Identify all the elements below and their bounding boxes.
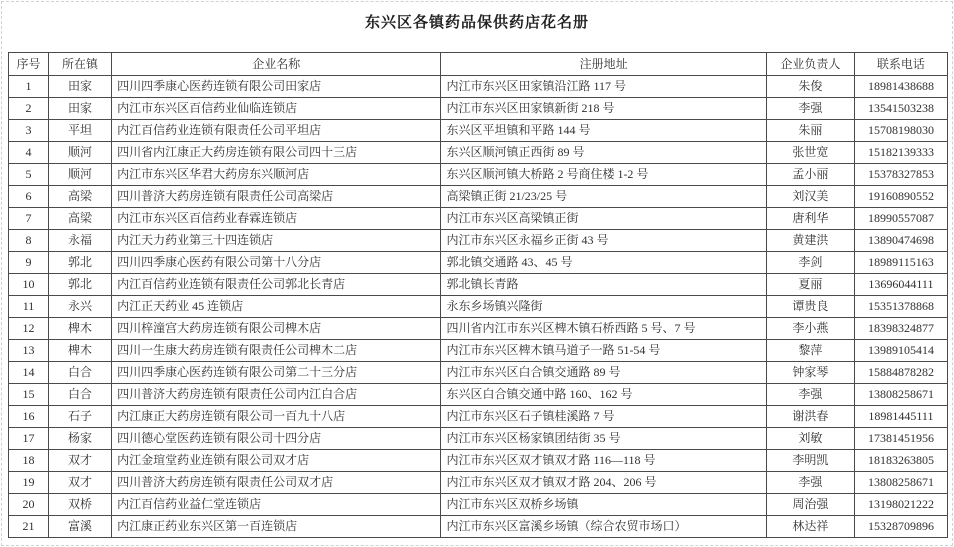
table-row: 10郭北内江百信药业连锁有限责任公司郭北长青店郭北镇长青路夏丽136960441… <box>9 274 948 296</box>
cell-manager: 李小燕 <box>766 318 854 340</box>
table-row: 16石子内江康正大药房连锁有限公司一百九十八店内江市东兴区石子镇桂溪路 7 号谢… <box>9 406 948 428</box>
cell-company: 四川普济大药房连锁有限责任公司高梁店 <box>112 186 441 208</box>
cell-index: 8 <box>9 230 49 252</box>
cell-town: 顺河 <box>49 164 112 186</box>
cell-company: 四川普济大药房连锁有限责任公司内江白合店 <box>112 384 441 406</box>
cell-company: 内江百信药业连锁有限责任公司平坦店 <box>112 120 441 142</box>
header-cell-index: 序号 <box>9 53 49 76</box>
cell-address: 四川省内江市东兴区椑木镇石桥西路 5 号、7 号 <box>441 318 766 340</box>
cell-town: 高梁 <box>49 208 112 230</box>
table-row: 7高梁内江市东兴区百信药业春霖连锁店内江市东兴区高梁镇正街唐利华18990557… <box>9 208 948 230</box>
cell-phone: 15884878282 <box>854 362 947 384</box>
cell-manager: 李明凯 <box>766 450 854 472</box>
header-cell-address: 注册地址 <box>441 53 766 76</box>
cell-address: 内江市东兴区双才镇双才路 116—118 号 <box>441 450 766 472</box>
table-row: 9郭北四川四季康心医药有限公司第十八分店郭北镇交通路 43、45 号李剑1898… <box>9 252 948 274</box>
cell-phone: 18990557087 <box>854 208 947 230</box>
cell-company: 内江市东兴区百信药业春霖连锁店 <box>112 208 441 230</box>
table-row: 17杨家四川德心堂医药连锁有限公司十四分店内江市东兴区杨家镇团结街 35 号刘敏… <box>9 428 948 450</box>
cell-manager: 谢洪春 <box>766 406 854 428</box>
cell-town: 椑木 <box>49 340 112 362</box>
cell-manager: 夏丽 <box>766 274 854 296</box>
cell-index: 5 <box>9 164 49 186</box>
cell-phone: 18398324877 <box>854 318 947 340</box>
cell-manager: 李强 <box>766 384 854 406</box>
cell-phone: 13890474698 <box>854 230 947 252</box>
cell-address: 东兴区白合镇交通中路 160、162 号 <box>441 384 766 406</box>
page-title: 东兴区各镇药品保供药店花名册 <box>2 11 952 32</box>
table-row: 18双才内江金瑄堂药业连锁有限公司双才店内江市东兴区双才镇双才路 116—118… <box>9 450 948 472</box>
cell-company: 四川普济大药房连锁有限责任公司双才店 <box>112 472 441 494</box>
cell-address: 内江市东兴区双桥乡场镇 <box>441 494 766 516</box>
table-row: 20双桥内江百信药业益仁堂连锁店内江市东兴区双桥乡场镇周治强1319802122… <box>9 494 948 516</box>
cell-address: 郭北镇长青路 <box>441 274 766 296</box>
table-row: 1田家四川四季康心医药连锁有限公司田家店内江市东兴区田家镇沿江路 117 号朱俊… <box>9 76 948 98</box>
cell-phone: 13989105414 <box>854 340 947 362</box>
cell-address: 内江市东兴区高梁镇正街 <box>441 208 766 230</box>
table-row: 11永兴内江正天药业 45 连锁店永东乡场镇兴隆街谭贵良15351378868 <box>9 296 948 318</box>
table-row: 13椑木四川一生康大药房连锁有限责任公司椑木二店内江市东兴区椑木镇马道子一路 5… <box>9 340 948 362</box>
table-row: 19双才四川普济大药房连锁有限责任公司双才店内江市东兴区双才镇双才路 204、2… <box>9 472 948 494</box>
cell-address: 东兴区平坦镇和平路 144 号 <box>441 120 766 142</box>
cell-manager: 黎萍 <box>766 340 854 362</box>
cell-index: 18 <box>9 450 49 472</box>
table-row: 5顺河内江市东兴区华君大药房东兴顺河店东兴区顺河镇大桥路 2 号商住楼 1-2 … <box>9 164 948 186</box>
table-row: 6高梁四川普济大药房连锁有限责任公司高梁店高梁镇正街 21/23/25 号刘汉美… <box>9 186 948 208</box>
cell-town: 平坦 <box>49 120 112 142</box>
document-page: 东兴区各镇药品保供药店花名册 序号 所在镇 企业名称 注册地址 企业负责人 联系… <box>1 1 953 546</box>
cell-manager: 周治强 <box>766 494 854 516</box>
cell-index: 12 <box>9 318 49 340</box>
cell-town: 永福 <box>49 230 112 252</box>
cell-town: 白合 <box>49 362 112 384</box>
cell-address: 内江市东兴区田家镇新街 218 号 <box>441 98 766 120</box>
cell-phone: 15182139333 <box>854 142 947 164</box>
table-row: 4顺河四川省内江康正大药房连锁有限公司四十三店东兴区顺河镇正西街 89 号张世宽… <box>9 142 948 164</box>
cell-manager: 谭贵良 <box>766 296 854 318</box>
table-row: 2田家内江市东兴区百信药业仙临连锁店内江市东兴区田家镇新街 218 号李强135… <box>9 98 948 120</box>
cell-manager: 刘敏 <box>766 428 854 450</box>
cell-index: 1 <box>9 76 49 98</box>
cell-phone: 15378327853 <box>854 164 947 186</box>
cell-company: 四川一生康大药房连锁有限责任公司椑木二店 <box>112 340 441 362</box>
cell-town: 高梁 <box>49 186 112 208</box>
cell-town: 石子 <box>49 406 112 428</box>
cell-company: 内江天力药业第三十四连锁店 <box>112 230 441 252</box>
cell-company: 内江百信药业连锁有限责任公司郭北长青店 <box>112 274 441 296</box>
cell-index: 2 <box>9 98 49 120</box>
cell-phone: 13808258671 <box>854 384 947 406</box>
cell-manager: 朱丽 <box>766 120 854 142</box>
cell-company: 内江市东兴区华君大药房东兴顺河店 <box>112 164 441 186</box>
cell-company: 内江百信药业益仁堂连锁店 <box>112 494 441 516</box>
cell-manager: 张世宽 <box>766 142 854 164</box>
cell-index: 17 <box>9 428 49 450</box>
cell-address: 内江市东兴区双才镇双才路 204、206 号 <box>441 472 766 494</box>
cell-index: 6 <box>9 186 49 208</box>
cell-town: 双才 <box>49 450 112 472</box>
table-row: 12椑木四川梓潼宫大药房连锁有限公司椑木店四川省内江市东兴区椑木镇石桥西路 5 … <box>9 318 948 340</box>
table-row: 21富溪内江康正药业东兴区第一百连锁店内江市东兴区富溪乡场镇（综合农贸市场口）林… <box>9 516 948 538</box>
table-row: 15白合四川普济大药房连锁有限责任公司内江白合店东兴区白合镇交通中路 160、1… <box>9 384 948 406</box>
cell-town: 郭北 <box>49 252 112 274</box>
cell-company: 四川省内江康正大药房连锁有限公司四十三店 <box>112 142 441 164</box>
cell-manager: 刘汉美 <box>766 186 854 208</box>
cell-index: 13 <box>9 340 49 362</box>
cell-manager: 黄建洪 <box>766 230 854 252</box>
table-row: 8永福内江天力药业第三十四连锁店内江市东兴区永福乡正街 43 号黄建洪13890… <box>9 230 948 252</box>
cell-index: 11 <box>9 296 49 318</box>
cell-address: 内江市东兴区椑木镇马道子一路 51-54 号 <box>441 340 766 362</box>
cell-company: 四川四季康心医药连锁有限公司田家店 <box>112 76 441 98</box>
cell-town: 郭北 <box>49 274 112 296</box>
cell-phone: 19160890552 <box>854 186 947 208</box>
cell-address: 内江市东兴区富溪乡场镇（综合农贸市场口） <box>441 516 766 538</box>
cell-address: 东兴区顺河镇大桥路 2 号商住楼 1-2 号 <box>441 164 766 186</box>
cell-index: 7 <box>9 208 49 230</box>
cell-index: 3 <box>9 120 49 142</box>
header-cell-phone: 联系电话 <box>854 53 947 76</box>
cell-index: 15 <box>9 384 49 406</box>
cell-index: 20 <box>9 494 49 516</box>
cell-manager: 李剑 <box>766 252 854 274</box>
cell-phone: 15708198030 <box>854 120 947 142</box>
cell-phone: 18981445111 <box>854 406 947 428</box>
cell-address: 内江市东兴区田家镇沿江路 117 号 <box>441 76 766 98</box>
header-cell-company: 企业名称 <box>112 53 441 76</box>
cell-manager: 钟家琴 <box>766 362 854 384</box>
cell-index: 14 <box>9 362 49 384</box>
cell-manager: 林达祥 <box>766 516 854 538</box>
cell-company: 内江康正药业东兴区第一百连锁店 <box>112 516 441 538</box>
cell-index: 21 <box>9 516 49 538</box>
cell-town: 永兴 <box>49 296 112 318</box>
cell-address: 内江市东兴区杨家镇团结街 35 号 <box>441 428 766 450</box>
cell-address: 郭北镇交通路 43、45 号 <box>441 252 766 274</box>
cell-town: 椑木 <box>49 318 112 340</box>
cell-town: 田家 <box>49 76 112 98</box>
table-row: 14白合四川四季康心医药连锁有限公司第二十三分店内江市东兴区白合镇交通路 89 … <box>9 362 948 384</box>
cell-address: 内江市东兴区石子镇桂溪路 7 号 <box>441 406 766 428</box>
cell-phone: 18989115163 <box>854 252 947 274</box>
header-cell-town: 所在镇 <box>49 53 112 76</box>
cell-phone: 15351378868 <box>854 296 947 318</box>
header-cell-manager: 企业负责人 <box>766 53 854 76</box>
cell-address: 高梁镇正街 21/23/25 号 <box>441 186 766 208</box>
cell-phone: 17381451956 <box>854 428 947 450</box>
cell-address: 内江市东兴区白合镇交通路 89 号 <box>441 362 766 384</box>
cell-index: 16 <box>9 406 49 428</box>
cell-town: 双才 <box>49 472 112 494</box>
pharmacy-roster-table: 序号 所在镇 企业名称 注册地址 企业负责人 联系电话 1田家四川四季康心医药连… <box>8 52 948 538</box>
header-row: 序号 所在镇 企业名称 注册地址 企业负责人 联系电话 <box>9 53 948 76</box>
cell-phone: 13696044111 <box>854 274 947 296</box>
cell-address: 东兴区顺河镇正西街 89 号 <box>441 142 766 164</box>
cell-phone: 13541503238 <box>854 98 947 120</box>
cell-index: 9 <box>9 252 49 274</box>
cell-phone: 18981438688 <box>854 76 947 98</box>
cell-town: 白合 <box>49 384 112 406</box>
cell-address: 内江市东兴区永福乡正街 43 号 <box>441 230 766 252</box>
cell-town: 富溪 <box>49 516 112 538</box>
cell-town: 双桥 <box>49 494 112 516</box>
cell-address: 永东乡场镇兴隆街 <box>441 296 766 318</box>
cell-index: 19 <box>9 472 49 494</box>
cell-manager: 孟小丽 <box>766 164 854 186</box>
cell-town: 田家 <box>49 98 112 120</box>
cell-manager: 朱俊 <box>766 76 854 98</box>
cell-phone: 13808258671 <box>854 472 947 494</box>
cell-manager: 唐利华 <box>766 208 854 230</box>
cell-company: 四川德心堂医药连锁有限公司十四分店 <box>112 428 441 450</box>
cell-manager: 李强 <box>766 98 854 120</box>
cell-phone: 18183263805 <box>854 450 947 472</box>
cell-town: 顺河 <box>49 142 112 164</box>
table-body: 1田家四川四季康心医药连锁有限公司田家店内江市东兴区田家镇沿江路 117 号朱俊… <box>9 76 948 538</box>
cell-company: 四川四季康心医药有限公司第十八分店 <box>112 252 441 274</box>
cell-company: 内江市东兴区百信药业仙临连锁店 <box>112 98 441 120</box>
cell-company: 内江金瑄堂药业连锁有限公司双才店 <box>112 450 441 472</box>
cell-company: 内江正天药业 45 连锁店 <box>112 296 441 318</box>
cell-phone: 15328709896 <box>854 516 947 538</box>
cell-phone: 13198021222 <box>854 494 947 516</box>
cell-index: 4 <box>9 142 49 164</box>
cell-index: 10 <box>9 274 49 296</box>
cell-company: 内江康正大药房连锁有限公司一百九十八店 <box>112 406 441 428</box>
cell-town: 杨家 <box>49 428 112 450</box>
table-row: 3平坦内江百信药业连锁有限责任公司平坦店东兴区平坦镇和平路 144 号朱丽157… <box>9 120 948 142</box>
cell-company: 四川梓潼宫大药房连锁有限公司椑木店 <box>112 318 441 340</box>
cell-manager: 李强 <box>766 472 854 494</box>
cell-company: 四川四季康心医药连锁有限公司第二十三分店 <box>112 362 441 384</box>
